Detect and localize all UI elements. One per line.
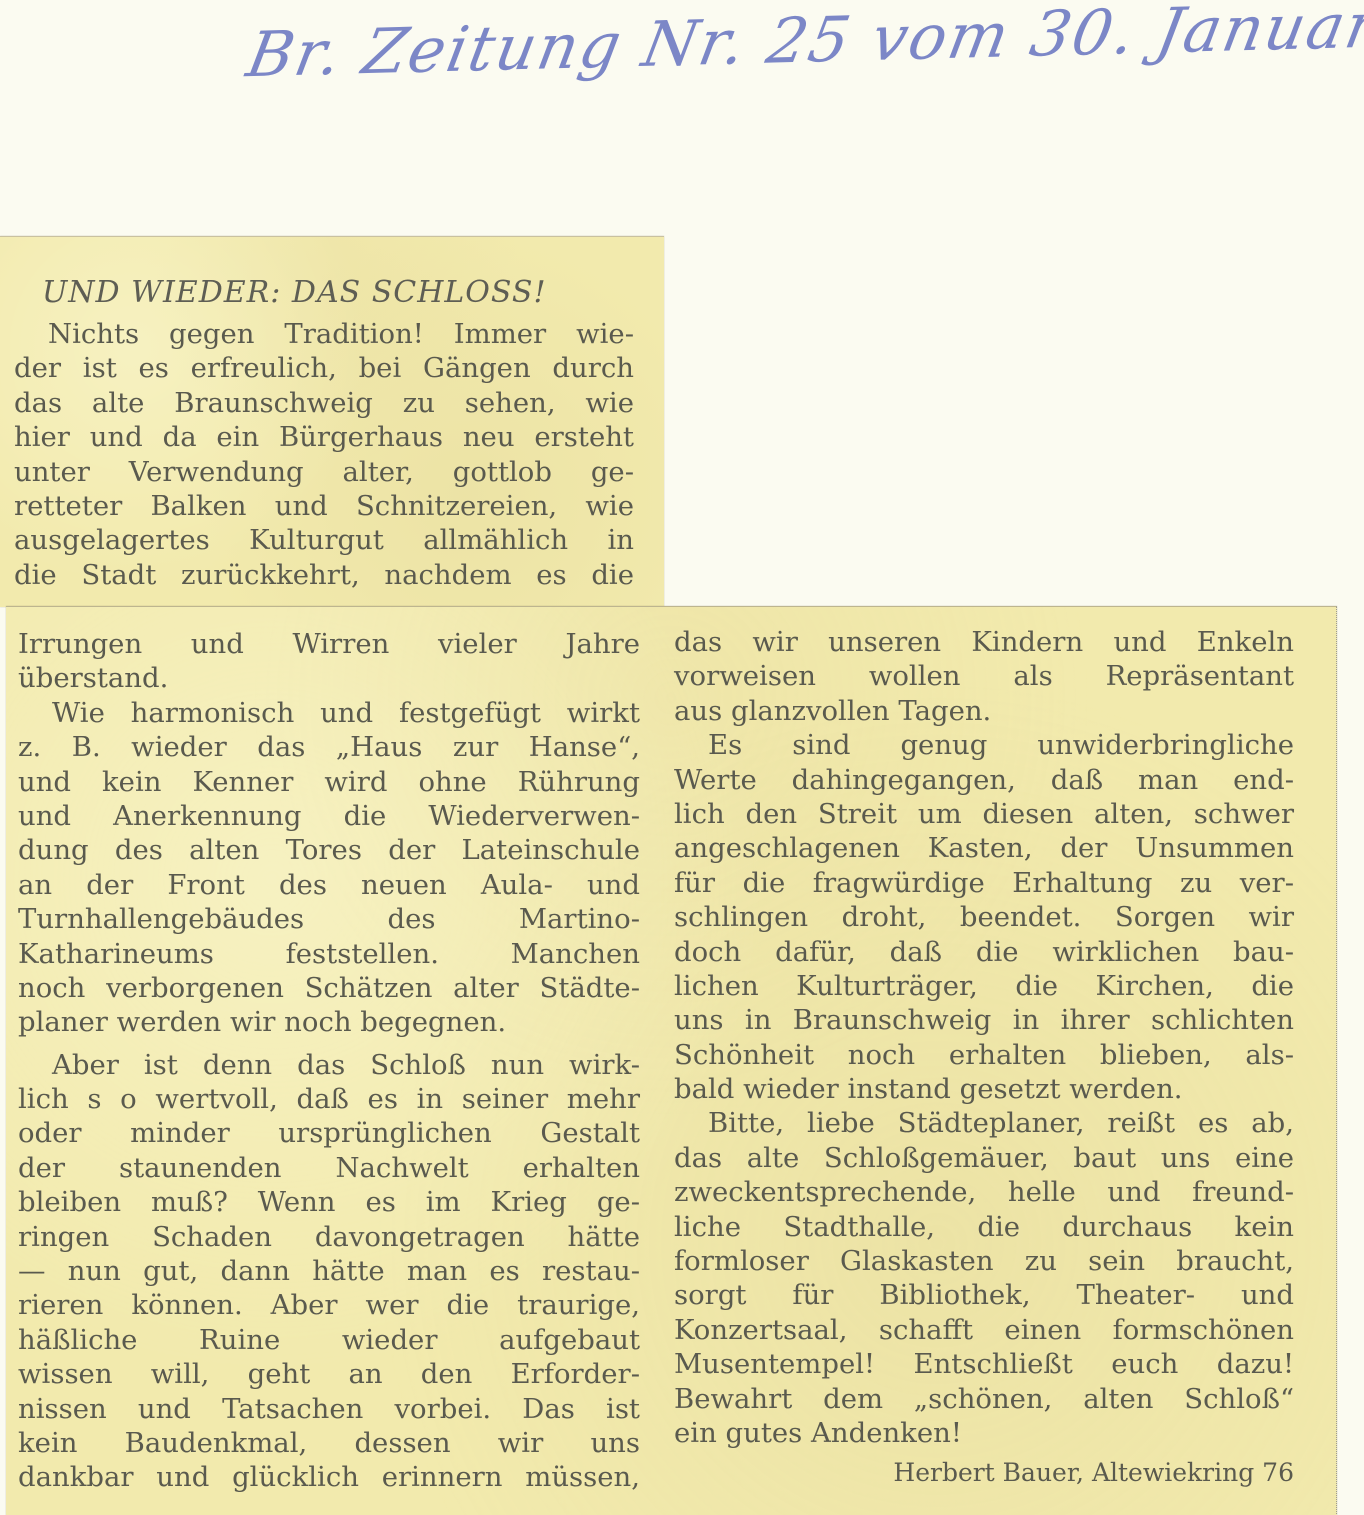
clipping-top-fragment: UND WIEDER: DAS SCHLOSS! Nichts gegen Tr…	[0, 236, 664, 607]
article-text-line: das wir unseren Kindern und Enkeln	[674, 625, 1294, 659]
article-text-line: und Anerkennung die Wiederverwen-	[18, 799, 640, 833]
article-text-line: uns in Braunschweig in ihrer schlichten	[674, 1003, 1294, 1037]
article-text-line: Es sind genug unwiderbringliche	[674, 728, 1294, 762]
article-text-line: unter Verwendung alter, gottlob ge-	[14, 455, 634, 489]
article-text-line: nissen und Tatsachen vorbei. Das ist	[18, 1392, 640, 1426]
article-text-line: retteter Balken und Schnitzereien, wie	[14, 489, 634, 523]
article-column-top: Nichts gegen Tradition! Immer wie-der is…	[14, 317, 634, 592]
article-text-line: der ist es erfreulich, bei Gängen durch	[14, 351, 634, 385]
article-text-line: doch dafür, daß die wirklichen bau-	[674, 935, 1294, 969]
article-text-line: — nun gut, dann hätte man es restau-	[18, 1254, 640, 1288]
article-text-line: das alte Braunschweig zu sehen, wie	[14, 386, 634, 420]
article-text-line: Bitte, liebe Städteplaner, reißt es ab,	[674, 1106, 1294, 1140]
article-text-line: dung des alten Tores der Lateinschule	[18, 833, 640, 867]
article-text-line: dankbar und glücklich erinnern müssen,	[18, 1460, 640, 1494]
article-text-line: an der Front des neuen Aula- und	[18, 868, 640, 902]
article-text-line: planer werden wir noch begegnen.	[18, 1005, 640, 1039]
article-text-line: lich s o wertvoll, daß es in seiner mehr	[18, 1082, 640, 1116]
article-text-line: ringen Schaden davongetragen hätte	[18, 1220, 640, 1254]
article-text-line: hier und da ein Bürgerhaus neu ersteht	[14, 420, 634, 454]
article-text-line: bald wieder instand gesetzt werden.	[674, 1072, 1294, 1106]
article-text-line: häßliche Ruine wieder aufgebaut	[18, 1323, 640, 1357]
article-text-line: und kein Kenner wird ohne Rührung	[18, 765, 640, 799]
article-text-line: kein Baudenkmal, dessen wir uns	[18, 1426, 640, 1460]
article-text-line: wissen will, geht an den Erforder-	[18, 1357, 640, 1391]
article-text-line: Bewahrt dem „schönen, alten Schloß“	[674, 1382, 1294, 1416]
article-text-line: ein gutes Andenken!	[674, 1416, 1294, 1450]
handwritten-source-note: Br. Zeitung Nr. 25 vom 30. Januar 1956	[230, 0, 1355, 154]
article-column-left: Irrungen und Wirren vieler Jahreüberstan…	[18, 627, 640, 1495]
article-text-line: ausgelagertes Kulturgut allmählich in	[14, 523, 634, 557]
article-text-line: Musentempel! Entschließt euch dazu!	[674, 1347, 1294, 1381]
article-column-right: das wir unseren Kindern und Enkelnvorwei…	[674, 625, 1294, 1491]
article-text-line: Turnhallengebäudes des Martino-	[18, 902, 640, 936]
article-text-line: Schönheit noch erhalten blieben, als-	[674, 1038, 1294, 1072]
article-text-line: formloser Glaskasten zu sein braucht,	[674, 1244, 1294, 1278]
article-text-line: überstand.	[18, 661, 640, 695]
article-text-line: Katharineums feststellen. Manchen	[18, 937, 640, 971]
article-text-line: der staunenden Nachwelt erhalten	[18, 1151, 640, 1185]
article-text-line: aus glanzvollen Tagen.	[674, 694, 1294, 728]
article-text-line: noch verborgenen Schätzen alter Städte-	[18, 971, 640, 1005]
article-text-line: Nichts gegen Tradition! Immer wie-	[14, 317, 634, 351]
article-text-line: Irrungen und Wirren vieler Jahre	[18, 627, 640, 661]
article-text-line: die Stadt zurückkehrt, nachdem es die	[14, 558, 634, 592]
clipping-bottom-fragment: Irrungen und Wirren vieler Jahreüberstan…	[6, 606, 1337, 1515]
article-text-line: Wie harmonisch und festgefügt wirkt	[18, 696, 640, 730]
article-text-line: schlingen droht, beendet. Sorgen wir	[674, 900, 1294, 934]
article-text-line: für die fragwürdige Erhaltung zu ver-	[674, 866, 1294, 900]
article-text-line: liche Stadthalle, die durchaus kein	[674, 1210, 1294, 1244]
paragraph-gap	[18, 1040, 640, 1048]
author-signature: Herbert Bauer, Altewiekring 76	[674, 1456, 1294, 1490]
article-text-line: oder minder ursprünglichen Gestalt	[18, 1116, 640, 1150]
article-text-line: sorgt für Bibliothek, Theater- und	[674, 1278, 1294, 1312]
article-text-line: z. B. wieder das „Haus zur Hanse“,	[18, 730, 640, 764]
article-text-line: Konzertsaal, schafft einen formschönen	[674, 1313, 1294, 1347]
article-text-line: bleiben muß? Wenn es im Krieg ge-	[18, 1185, 640, 1219]
article-headline: UND WIEDER: DAS SCHLOSS!	[42, 275, 547, 310]
article-text-line: zweckentsprechende, helle und freund-	[674, 1175, 1294, 1209]
article-text-line: vorweisen wollen als Repräsentant	[674, 659, 1294, 693]
article-text-line: rieren können. Aber wer die traurige,	[18, 1288, 640, 1322]
article-text-line: angeschlagenen Kasten, der Unsummen	[674, 831, 1294, 865]
article-text-line: lichen Kulturträger, die Kirchen, die	[674, 969, 1294, 1003]
article-text-line: Werte dahingegangen, daß man end-	[674, 763, 1294, 797]
article-text-line: das alte Schloßgemäuer, baut uns eine	[674, 1141, 1294, 1175]
article-text-line: Aber ist denn das Schloß nun wirk-	[18, 1048, 640, 1082]
article-text-line: lich den Streit um diesen alten, schwer	[674, 797, 1294, 831]
